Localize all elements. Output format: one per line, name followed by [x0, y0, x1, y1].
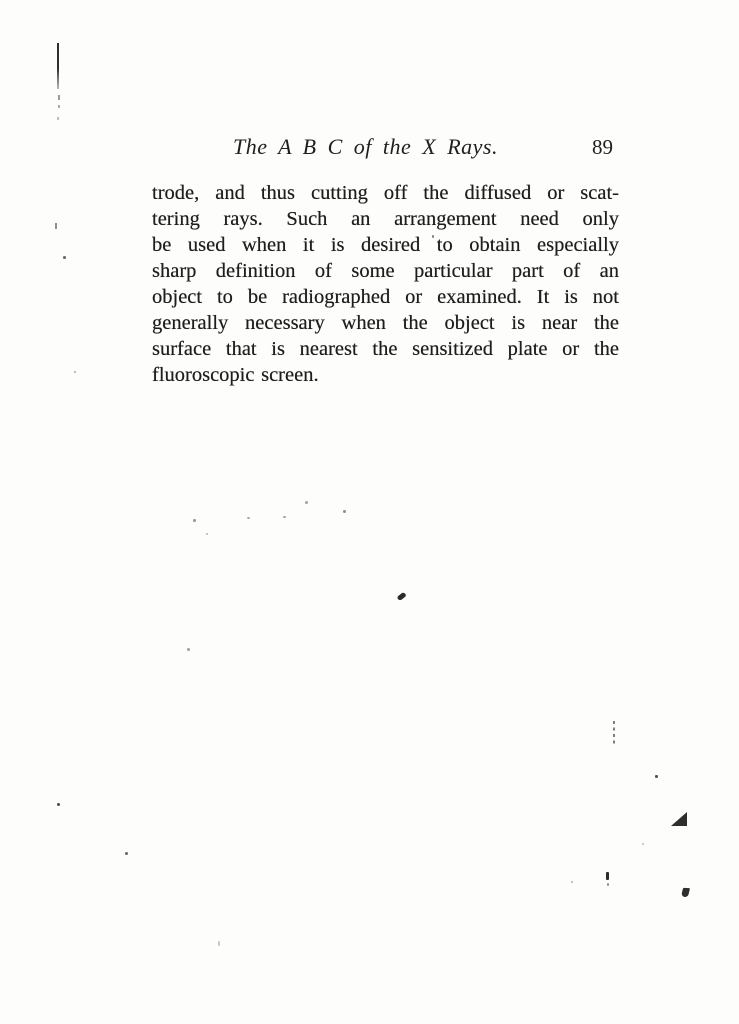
scan-speck	[283, 516, 286, 518]
scan-speck	[247, 517, 250, 519]
scan-speck	[571, 881, 573, 883]
scan-artifact-triangle	[671, 812, 687, 826]
body-line: be used when it is desired to obtain esp…	[152, 232, 619, 258]
body-line: surface that is nearest the sensitized p…	[152, 336, 619, 362]
scan-artifact-ink-dot	[607, 883, 609, 886]
scan-speck	[642, 843, 644, 845]
running-header: The A B C of the X Rays. 89	[152, 134, 619, 166]
body-line: trode, and thus cutting off the diffused…	[152, 180, 619, 206]
scan-artifact-vertical-line	[57, 43, 59, 89]
scan-artifact-ink-bar	[606, 872, 609, 880]
scan-artifact-dash	[57, 117, 59, 120]
body-line: fluoroscopic screen.	[152, 362, 619, 388]
scan-artifact-dashed-line	[613, 721, 615, 744]
page-title: The A B C of the X Rays.	[152, 134, 619, 160]
scan-artifact-dash	[58, 105, 60, 108]
body-line: sharp definition of some particular part…	[152, 258, 619, 284]
scan-speck	[74, 371, 76, 373]
scan-speck	[63, 256, 66, 259]
scan-artifact-ink-blob	[681, 888, 690, 897]
scanned-book-page: The A B C of the X Rays. 89 trode, and t…	[0, 0, 739, 1024]
scan-artifact-tick	[55, 223, 57, 229]
scan-speck	[187, 648, 190, 651]
scan-artifact-comma-mark	[397, 592, 407, 601]
body-line: object to be radiographed or examined. I…	[152, 284, 619, 310]
scan-speck	[125, 852, 128, 855]
scan-speck	[432, 235, 434, 238]
scan-speck	[343, 510, 346, 513]
scan-speck	[206, 533, 208, 535]
body-line: generally necessary when the object is n…	[152, 310, 619, 336]
scan-speck	[218, 941, 220, 946]
body-line: tering rays. Such an arrangement need on…	[152, 206, 619, 232]
scan-speck	[655, 775, 658, 778]
page-number: 89	[592, 135, 613, 160]
scan-artifact-dash	[58, 95, 60, 100]
scan-speck	[305, 501, 308, 504]
body-text-block: trode, and thus cutting off the diffused…	[152, 180, 619, 388]
scan-speck	[193, 519, 196, 522]
scan-speck	[57, 803, 60, 806]
